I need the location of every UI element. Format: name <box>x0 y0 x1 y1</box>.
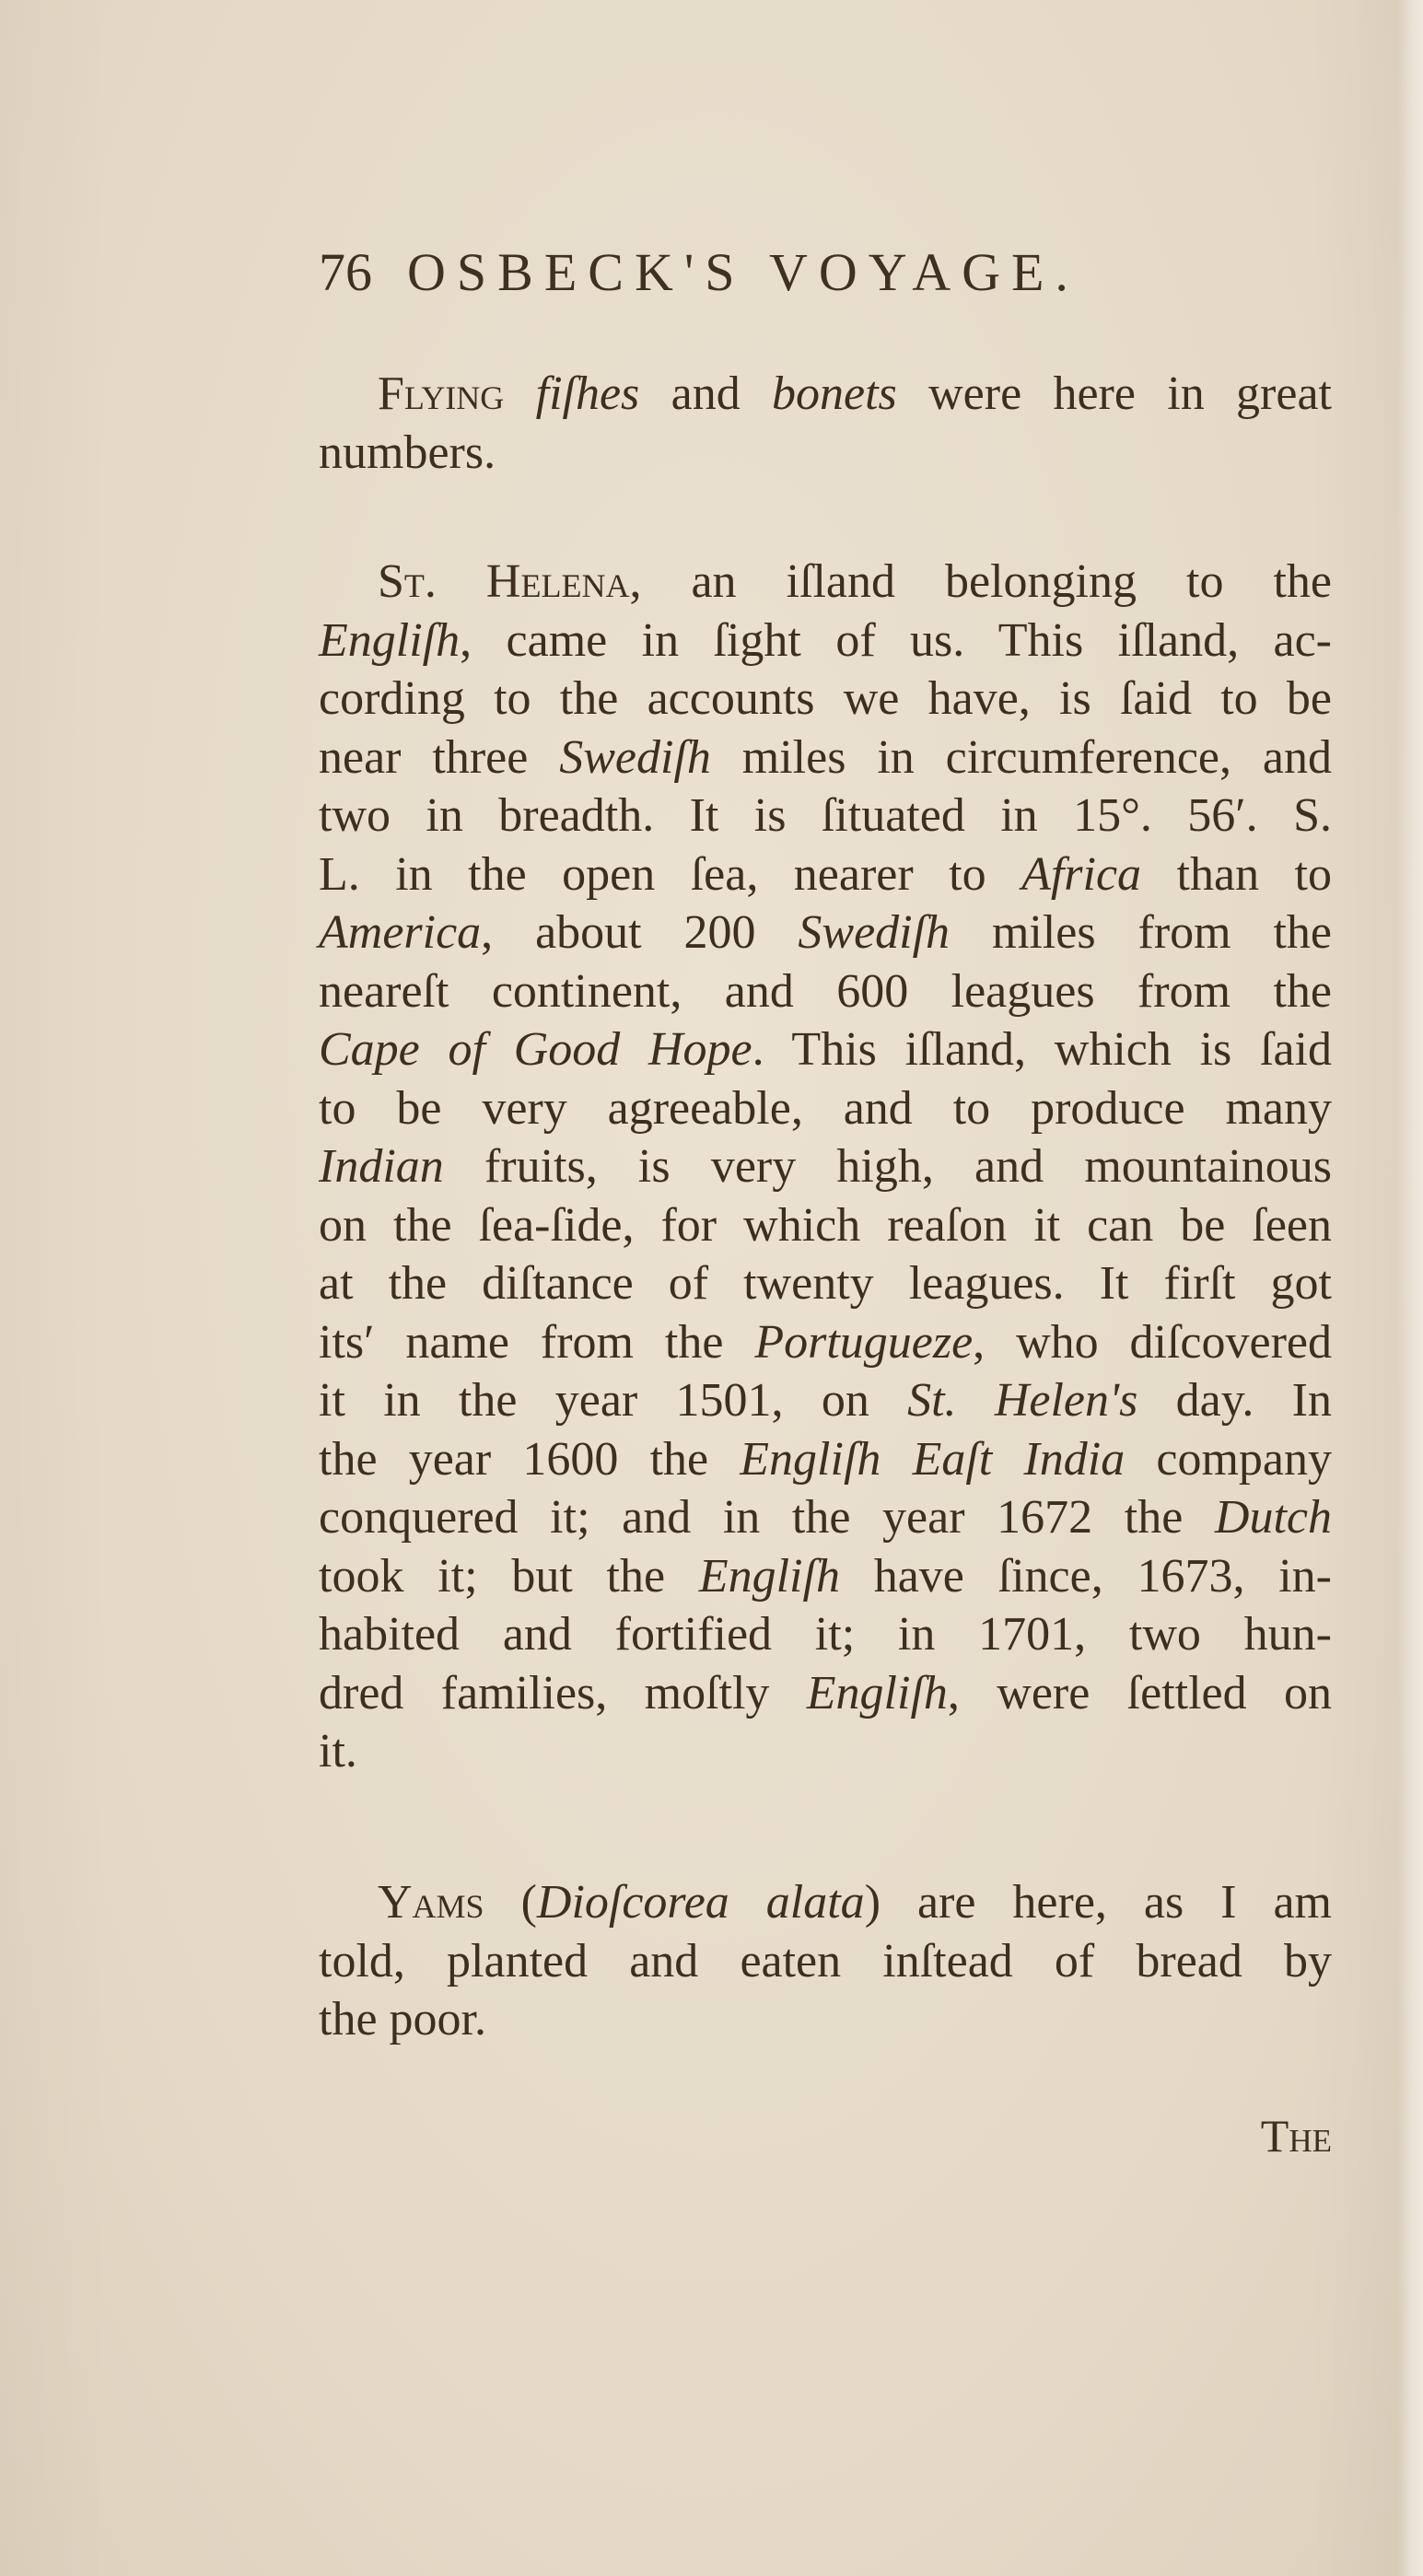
italic-run: Engliſh <box>319 614 460 667</box>
text-run: , came in ſight of us. This iſland, ac- <box>460 614 1332 667</box>
text-run: fruits, is very high, and mountainous <box>444 1140 1332 1193</box>
text-run: . This iſland, which is ſaid <box>752 1023 1332 1076</box>
text-line: it. <box>319 1722 1332 1781</box>
text-run: the poor. <box>319 1993 486 2046</box>
text-run: , were ſettled on <box>948 1667 1332 1719</box>
text-run: took it; but the <box>319 1550 699 1603</box>
text-line: Flying fiſhes and bonets were here in gr… <box>319 365 1332 424</box>
page-number: 76 <box>319 242 372 302</box>
text-line: dred families, moſtly Engliſh, were ſett… <box>319 1664 1332 1723</box>
page-edge-shadow <box>1397 0 1423 2576</box>
italic-run: Dutch <box>1215 1491 1332 1544</box>
small-caps-run: St. Helena <box>378 555 629 608</box>
text-line: the year 1600 the Engliſh Eaſt India com… <box>319 1430 1332 1489</box>
text-line: L. in the open ſea, nearer to Africa tha… <box>319 845 1332 904</box>
text-run: neareſt continent, and 600 leagues from … <box>319 965 1332 1018</box>
text-run: the year 1600 the <box>319 1433 740 1486</box>
text-run: than to <box>1141 848 1332 901</box>
text-run: conquered it; and in the year 1672 the <box>319 1491 1215 1544</box>
text-run: numbers. <box>319 426 496 479</box>
text-line: Yams (Dioſcorea alata) are here, as I am <box>319 1873 1332 1932</box>
paragraph-st-helena: St. Helena, an iſland belonging to theEn… <box>319 553 1332 1781</box>
italic-run: Portugueze <box>754 1316 973 1369</box>
text-run: L. in the open ſea, nearer to <box>319 848 1021 901</box>
text-line: to be very agreeable, and to produce man… <box>319 1079 1332 1138</box>
italic-run: Swediſh <box>798 906 950 959</box>
text-line: Engliſh, came in ſight of us. This iſlan… <box>319 612 1332 670</box>
italic-run: Indian <box>319 1140 444 1193</box>
italic-run: bonets <box>772 367 897 420</box>
text-line: Cape of Good Hope. This iſland, which is… <box>319 1020 1332 1079</box>
small-caps-run: Flying <box>378 367 504 420</box>
paragraph-flying-fishes: Flying fiſhes and bonets were here in gr… <box>319 365 1332 482</box>
text-run: cording to the accounts we have, is ſaid… <box>319 672 1332 725</box>
text-line: neareſt continent, and 600 leagues from … <box>319 962 1332 1021</box>
text-run: have ſince, 1673, in- <box>840 1550 1332 1603</box>
text-line: near three Swediſh miles in circumferenc… <box>319 729 1332 787</box>
italic-run: Swediſh <box>559 731 711 784</box>
text-run: to be very agreeable, and to produce man… <box>319 1082 1332 1135</box>
text-run: told, planted and eaten inſtead of bread… <box>319 1935 1332 1987</box>
text-line: conquered it; and in the year 1672 the D… <box>319 1488 1332 1547</box>
running-title: OSBECK'S VOYAGE. <box>407 242 1079 302</box>
text-line: America, about 200 Swediſh miles from th… <box>319 903 1332 962</box>
text-run: dred families, moſtly <box>319 1667 807 1719</box>
text-run: miles in circumference, and <box>711 731 1332 784</box>
text-run: and <box>639 367 772 420</box>
text-run: were here in great <box>897 367 1332 420</box>
italic-run: Engliſh Eaſt India <box>740 1433 1125 1486</box>
text-run: on the ſea-ſide, for which reaſon it can… <box>319 1199 1332 1252</box>
text-run: near three <box>319 731 559 784</box>
text-run <box>504 367 535 420</box>
text-run: ) are here, as I am <box>865 1876 1332 1929</box>
catchword: The <box>1261 2109 1332 2162</box>
italic-run: Engliſh <box>807 1667 948 1719</box>
paragraph-yams: Yams (Dioſcorea alata) are here, as I am… <box>319 1873 1332 2049</box>
text-run: , an iſland belonging to the <box>629 555 1332 608</box>
text-run: day. In <box>1137 1374 1332 1427</box>
text-line: cording to the accounts we have, is ſaid… <box>319 670 1332 729</box>
italic-run: America <box>319 906 481 959</box>
italic-run: Cape of Good Hope <box>319 1023 752 1076</box>
text-run: it. <box>319 1725 357 1778</box>
text-line: on the ſea-ſide, for which reaſon it can… <box>319 1196 1332 1255</box>
text-line: Indian fruits, is very high, and mountai… <box>319 1137 1332 1196</box>
text-line: at the diſtance of twenty leagues. It fi… <box>319 1254 1332 1313</box>
italic-run: Dioſcorea alata <box>537 1876 865 1929</box>
small-caps-run: Yams <box>378 1876 484 1929</box>
text-line: St. Helena, an iſland belonging to the <box>319 553 1332 612</box>
text-run: it in the year 1501, on <box>319 1374 907 1427</box>
text-run: ( <box>484 1876 537 1929</box>
text-run: miles from the <box>950 906 1332 959</box>
text-run: , about 200 <box>481 906 798 959</box>
italic-run: fiſhes <box>536 367 640 420</box>
text-line: the poor. <box>319 1990 1332 2049</box>
text-line: its′ name from the Portugueze, who diſco… <box>319 1313 1332 1372</box>
text-run: at the diſtance of twenty leagues. It fi… <box>319 1257 1332 1310</box>
italic-run: Engliſh <box>699 1550 840 1603</box>
text-run: company <box>1125 1433 1332 1486</box>
text-line: numbers. <box>319 424 1332 483</box>
italic-run: Africa <box>1021 848 1141 901</box>
text-line: it in the year 1501, on St. Helen's day.… <box>319 1371 1332 1430</box>
text-run: its′ name from the <box>319 1316 754 1369</box>
text-run: , who diſcovered <box>973 1316 1332 1369</box>
italic-run: St. Helen's <box>907 1374 1137 1427</box>
running-head: 76OSBECK'S VOYAGE. <box>319 241 1332 303</box>
text-line: told, planted and eaten inſtead of bread… <box>319 1932 1332 1991</box>
text-line: took it; but the Engliſh have ſince, 167… <box>319 1547 1332 1606</box>
text-run: habited and fortified it; in 1701, two h… <box>319 1608 1332 1661</box>
text-line: habited and fortified it; in 1701, two h… <box>319 1605 1332 1664</box>
text-run: two in breadth. It is ſituated in 15°. 5… <box>319 789 1332 842</box>
text-line: two in breadth. It is ſituated in 15°. 5… <box>319 787 1332 845</box>
